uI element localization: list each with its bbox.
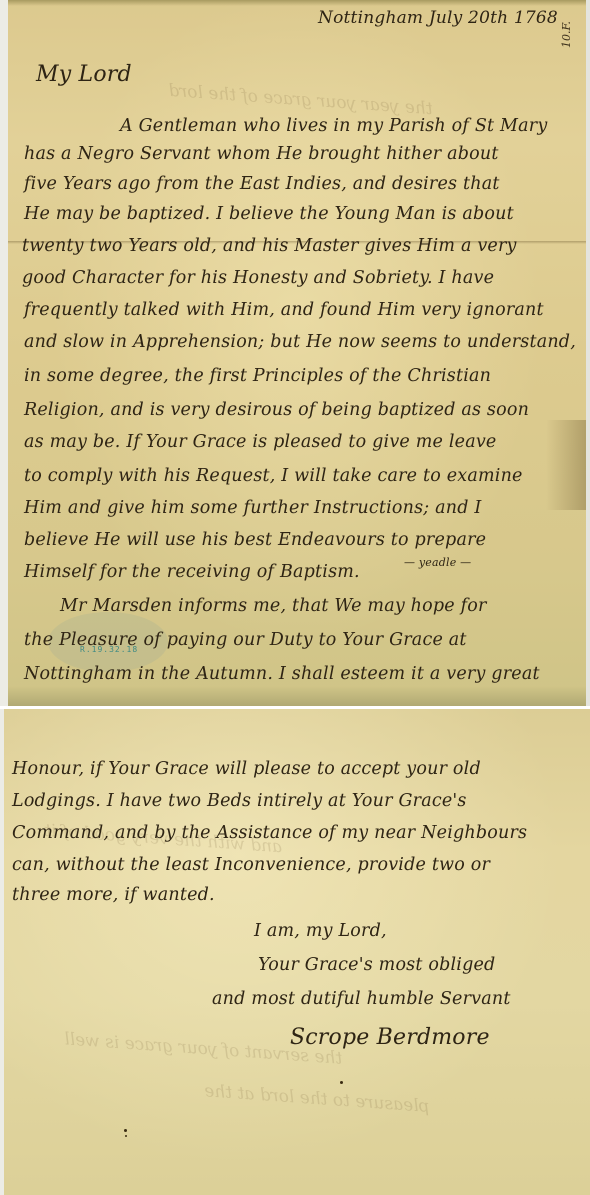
letter-line: in some degree, the first Principles of … [24,366,491,386]
letter-line: five Years ago from the East Indies, and… [24,174,500,194]
letter-line: Nottingham in the Autumn. I shall esteem… [24,664,540,684]
ink-spot [340,1081,343,1084]
letter-line: Command, and by the Assistance of my nea… [12,823,527,843]
letter-line: and slow in Apprehension; but He now see… [24,332,576,352]
letter-line: He may be baptized. I believe the Young … [24,204,514,224]
letter-line: to comply with his Request, I will take … [24,466,523,486]
letter-line: the Pleasure of paying our Duty to Your … [24,630,467,650]
ink-spot [125,1135,127,1137]
letter-line: good Character for his Honesty and Sobri… [22,268,494,288]
letter-page-2: and with the very good of it the servant… [0,709,590,1195]
closing-line: and most dutiful humble Servant [212,989,511,1009]
letter-line: has a Negro Servant whom He brought hith… [24,144,499,164]
letter-line: as may be. If Your Grace is pleased to g… [24,432,496,452]
ink-spot [124,1129,127,1132]
letter-line: frequently talked with Him, and found Hi… [24,300,544,320]
letter-line: Lodgings. I have two Beds intirely at Yo… [12,791,467,811]
letter-line: Himself for the receiving of Baptism. [24,562,360,582]
letter-line: Religion, and is very desirous of being … [24,400,529,420]
archive-reference-note: 10.F. [560,21,573,48]
letter-page-1: the year your grace of the lord Nottingh… [0,0,590,706]
letter-line: can, without the least Inconvenience, pr… [12,855,490,875]
letter-line: A Gentleman who lives in my Parish of St… [120,116,547,136]
paper-edge [8,686,586,706]
place-date: Nottingham July 20th 1768 [318,8,558,28]
letter-line: twenty two Years old, and his Master giv… [22,236,517,256]
ink-bleed-through: pleasure to the lord at the [204,1081,431,1117]
salutation: My Lord [36,62,132,87]
signature: Scrope Berdmore [290,1025,490,1050]
document-viewer: the year your grace of the lord Nottingh… [0,0,590,1195]
letter-line: Him and give him some further Instructio… [24,498,482,518]
closing-line: I am, my Lord, [254,921,387,941]
closing-line: Your Grace's most obliged [258,955,495,975]
ink-bleed-through: the year your grace of the lord [168,81,434,119]
interlineation-mark: — yeadle — [404,556,471,569]
letter-line: believe He will use his best Endeavours … [24,530,486,550]
paper-shadow [546,420,586,510]
letter-line: Honour, if Your Grace will please to acc… [12,759,481,779]
letter-line: three more, if wanted. [12,885,215,905]
